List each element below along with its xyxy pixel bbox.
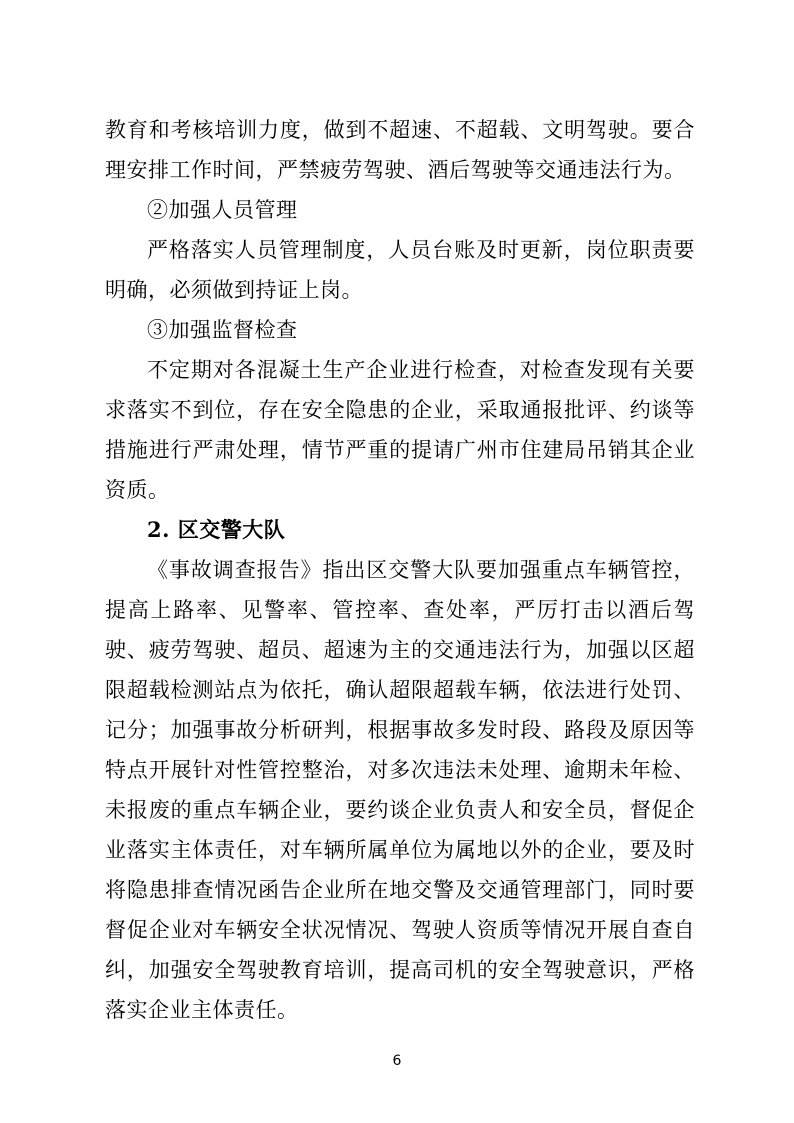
paragraph: ③加强监督检查 [105, 310, 695, 350]
paragraph: ②加强人员管理 [105, 190, 695, 230]
section-heading: 2. 区交警大队 [105, 510, 695, 550]
paragraph: 教育和考核培训力度，做到不超速、不超载、文明驾驶。要合理安排工作时间，严禁疲劳驾… [105, 110, 695, 190]
paragraph: 不定期对各混凝土生产企业进行检查，对检查发现有关要求落实不到位，存在安全隐患的企… [105, 350, 695, 510]
document-page: 教育和考核培训力度，做到不超速、不超载、文明驾驶。要合理安排工作时间，严禁疲劳驾… [0, 0, 794, 1123]
body-text: 教育和考核培训力度，做到不超速、不超载、文明驾驶。要合理安排工作时间，严禁疲劳驾… [105, 110, 695, 1030]
page-footer: 6 [0, 1050, 794, 1071]
paragraph: 《事故调查报告》指出区交警大队要加强重点车辆管控，提高上路率、见警率、管控率、查… [105, 550, 695, 1030]
page-number: 6 [393, 1053, 402, 1069]
paragraph: 严格落实人员管理制度，人员台账及时更新，岗位职责要明确，必须做到持证上岗。 [105, 230, 695, 310]
